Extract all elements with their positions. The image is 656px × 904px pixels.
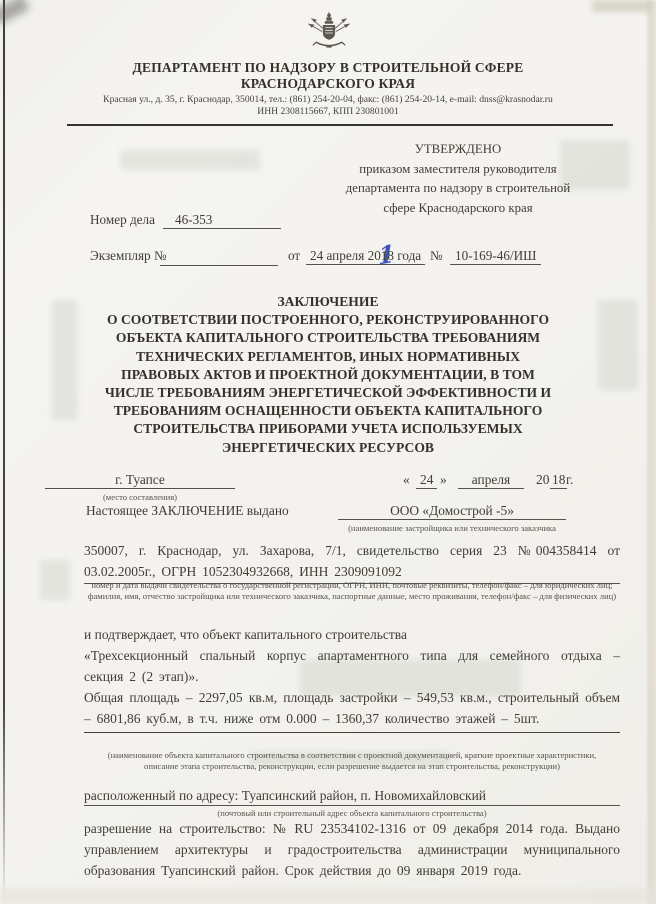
scan-artifact — [0, 888, 656, 904]
developer-details: 350007, г. Краснодар, ул. Захарова, 7/1,… — [84, 540, 620, 584]
org-contact: Красная ул., д. 35, г. Краснодар, 350014… — [36, 94, 620, 118]
developer-caption: номер и дата выдачи свидетельства о госу… — [84, 580, 620, 601]
title-line: ОБЪЕКТА КАПИТАЛЬНОГО СТРОИТЕЛЬСТВА ТРЕБО… — [40, 329, 616, 347]
object-description: и подтверждает, что объект капитального … — [84, 624, 620, 733]
object-location: расположенный по адресу: Туапсинский рай… — [84, 788, 620, 806]
copy-label: Экземпляр № — [90, 248, 167, 264]
krasnodar-coat-of-arms-icon — [306, 8, 352, 58]
object-name: «Трехсекционный спальный корпус апартаме… — [84, 645, 620, 687]
doc-number-value: 10-169-46/ИШ — [450, 248, 541, 265]
approval-date-value: 24 апреля 2018 года — [306, 248, 425, 265]
org-name-line2: КРАСНОДАРСКОГО КРАЯ — [40, 76, 616, 92]
issued-to-value: ООО «Домострой -5» — [338, 503, 566, 520]
title-line: О СООТВЕТСТВИИ ПОСТРОЕННОГО, РЕКОНСТРУИР… — [40, 311, 616, 329]
quote-open: « — [403, 472, 410, 488]
scan-left-edge — [3, 0, 5, 904]
issue-day: 24 — [416, 472, 437, 489]
scan-right-edge — [647, 0, 656, 904]
approval-line: приказом заместителя руководителя — [300, 160, 616, 180]
issued-to-caption: (наименование застройщика или техническо… — [330, 523, 574, 534]
title-line: ПРАВОВЫХ АКТОВ И ПРОЕКТНОЙ ДОКУМЕНТАЦИИ,… — [40, 366, 616, 384]
issue-year-suffix: 18 — [550, 472, 567, 489]
issue-year-g: г. — [566, 472, 573, 488]
org-name-line1: ДЕПАРТАМЕНТ ПО НАДЗОРУ В СТРОИТЕЛЬНОЙ СФ… — [40, 60, 616, 76]
title-line: СТРОИТЕЛЬСТВА ПРИБОРАМИ УЧЕТА ИСПОЛЬЗУЕМ… — [40, 420, 616, 438]
issue-month: апреля — [458, 472, 524, 489]
scan-artifact — [0, 0, 30, 25]
title-line: ТЕХНИЧЕСКИХ РЕГЛАМЕНТОВ, ИНЫХ НОРМАТИВНЫ… — [40, 348, 616, 366]
building-permit-paragraph: разрешение на строительство: № RU 235341… — [84, 818, 620, 881]
issue-year-prefix: 20 — [536, 472, 549, 488]
object-characteristics: Общая площадь – 2297,05 кв.м, площадь за… — [84, 687, 620, 733]
copy-row: Экземпляр № 1 от 24 апреля 2018 года № 1… — [0, 248, 656, 272]
title-line: ЧИСЛЕ ТРЕБОВАНИЯМ ЭНЕРГЕТИЧЕСКОЙ ЭФФЕКТИ… — [40, 384, 616, 402]
case-number-value: 46-353 — [163, 212, 281, 229]
header-divider — [67, 124, 613, 126]
approval-title: УТВЕРЖДЕНО — [300, 140, 616, 160]
scan-artifact — [592, 0, 652, 12]
issued-to-row: Настоящее ЗАКЛЮЧЕНИЕ выдано ООО «Домостр… — [0, 503, 656, 523]
location-caption: (почтовый или строительный адрес объекта… — [84, 808, 620, 819]
scan-artifact — [40, 560, 70, 600]
place-caption: (место составления) — [45, 492, 235, 503]
issued-to-label: Настоящее ЗАКЛЮЧЕНИЕ выдано — [86, 503, 289, 519]
title-line: ЗАКЛЮЧЕНИЕ — [40, 293, 616, 311]
org-requisites: ИНН 2308115667, КПП 230801001 — [36, 106, 620, 118]
object-caption: (наименование объекта капитального строи… — [94, 750, 610, 771]
scanned-document-page: ДЕПАРТАМЕНТ ПО НАДЗОРУ В СТРОИТЕЛЬНОЙ СФ… — [0, 0, 656, 904]
place-date-row: г. Туапсе « 24 » апреля 20 18 г. — [0, 472, 656, 492]
copy-number-blank-line: 1 — [160, 248, 278, 266]
place-value: г. Туапсе — [45, 472, 235, 489]
title-line: ТРЕБОВАНИЯМ ОСНАЩЕННОСТИ ОБЪЕКТА КАПИТАЛ… — [40, 402, 616, 420]
org-name: ДЕПАРТАМЕНТ ПО НАДЗОРУ В СТРОИТЕЛЬНОЙ СФ… — [40, 60, 616, 92]
document-title: ЗАКЛЮЧЕНИЕ О СООТВЕТСТВИИ ПОСТРОЕННОГО, … — [40, 293, 616, 457]
case-number-row: Номер дела 46-353 — [0, 212, 656, 234]
date-from-label: от — [288, 248, 300, 264]
approval-line: департамента по надзору в строительной — [300, 179, 616, 199]
case-number-label: Номер дела — [90, 212, 155, 228]
quote-close: » — [440, 472, 447, 488]
approval-block: УТВЕРЖДЕНО приказом заместителя руководи… — [300, 140, 616, 218]
title-line: ЭНЕРГЕТИЧЕСКИХ РЕСУРСОВ — [40, 439, 616, 457]
doc-no-label: № — [430, 248, 443, 264]
org-address: Красная ул., д. 35, г. Краснодар, 350014… — [36, 94, 620, 106]
object-intro: и подтверждает, что объект капитального … — [84, 624, 620, 645]
scan-artifact — [120, 150, 260, 170]
